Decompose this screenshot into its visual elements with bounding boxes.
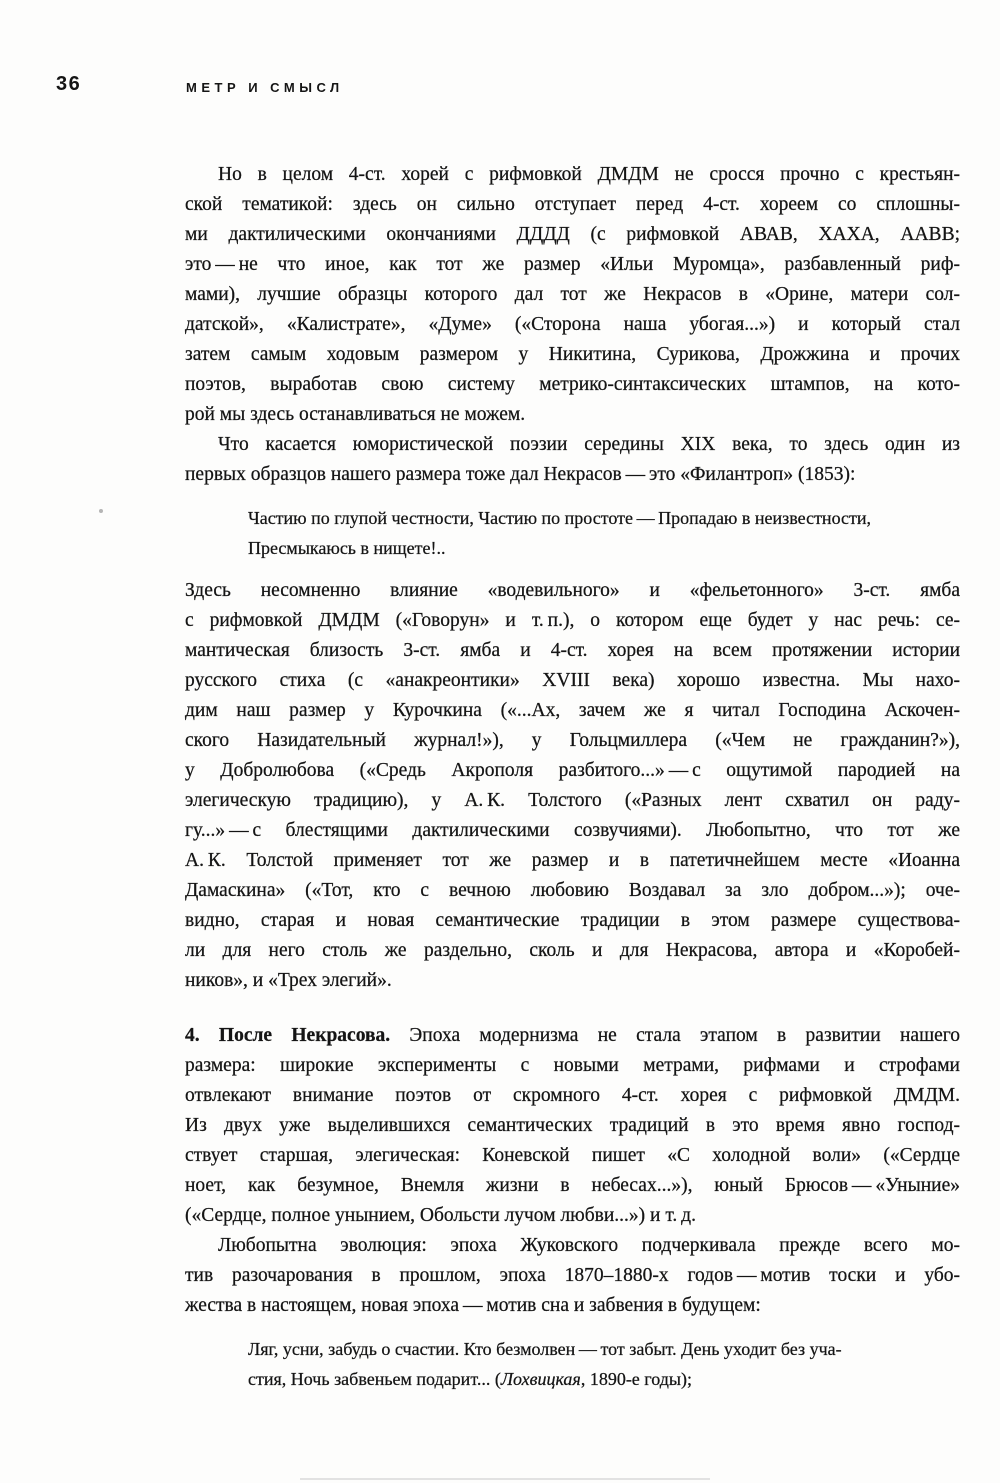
- text-line: ми дактилическими окончаниями ДДДД (с ри…: [185, 220, 960, 250]
- text-line: ской тематикой: здесь он сильно отступае…: [185, 190, 960, 220]
- text-line: Здесь несомненно влияние «водевильного» …: [185, 576, 960, 606]
- text-line: ствует старшая, элегическая: Коневской п…: [185, 1141, 960, 1171]
- quote-line: Ляг, усни, забудь о счастии. Кто безмолв…: [248, 1334, 960, 1364]
- scan-speck: [99, 509, 103, 513]
- section-first-line-rest: Эпоха модернизма не стала этапом в разви…: [390, 1025, 960, 1046]
- quote-line: стия, Ночь забвеньем подарит... (Лохвицк…: [248, 1364, 960, 1394]
- text-line: тив разочарования в прошлом, эпоха 1870–…: [185, 1261, 960, 1291]
- running-header: МЕТР И СМЫСЛ: [186, 80, 344, 95]
- quote-line-text: стия, Ночь забвеньем подарит... (: [248, 1369, 501, 1389]
- text-line: ского Назидательный журнал!»), у Гольцми…: [185, 726, 960, 756]
- section-4-after-nekrasov: 4. После Некрасова. Эпоха модернизма не …: [185, 1021, 960, 1231]
- text-line: у Добролюбова («Средь Акрополя разбитого…: [185, 756, 960, 786]
- text-line: русского стиха (с «анакреонтики» XVIII в…: [185, 666, 960, 696]
- quote-author-italic: Лохвицкая: [501, 1369, 581, 1389]
- text-line: Из двух уже выделившихся семантических т…: [185, 1111, 960, 1141]
- text-line: размера: широкие эксперименты с новыми м…: [185, 1051, 960, 1081]
- text-line: Пресмыкаюсь в нищете!..: [248, 533, 960, 563]
- text-line: поэтов, выработав свою систему метрико-с…: [185, 370, 960, 400]
- text-line: первых образцов нашего размера тоже дал …: [185, 460, 960, 490]
- text-line: Частию по глупой честности, Частию по пр…: [248, 503, 960, 533]
- text-line: дим наш размер у Курочкина («...Ах, заче…: [185, 696, 960, 726]
- text-line: ли для него столь же раздельно, сколь и …: [185, 936, 960, 966]
- text-line: 4. После Некрасова. Эпоха модернизма не …: [185, 1021, 960, 1051]
- text-line: ников», и «Трех элегий».: [185, 966, 960, 996]
- text-line: Дамаскина» («Тот, кто с вечною любовию В…: [185, 876, 960, 906]
- section-4-continuation: размера: широкие эксперименты с новыми м…: [185, 1051, 960, 1231]
- verse-quote-lokhvitskaya: Ляг, усни, забудь о счастии. Кто безмолв…: [185, 1334, 960, 1394]
- text-line: гу...» — с блестящими дактилическими соз…: [185, 816, 960, 846]
- text-line: («Сердце, полное унынием, Обольсти лучом…: [185, 1201, 960, 1231]
- text-line: датской», «Калистрате», «Думе» («Сторона…: [185, 310, 960, 340]
- text-line: это — не что иное, как тот же размер «Ил…: [185, 250, 960, 280]
- text-line: элегическую традицию), у А. К. Толстого …: [185, 786, 960, 816]
- text-line: видно, старая и новая семантические трад…: [185, 906, 960, 936]
- text-line: отвлекают внимание поэтов от скромного 4…: [185, 1081, 960, 1111]
- text-block: Но в целом 4-ст. хорей с рифмовкой ДМДМ …: [185, 160, 960, 1394]
- text-line: рой мы здесь останавливаться не можем.: [185, 400, 960, 430]
- quote-line-tail: , 1890-е годы);: [581, 1369, 692, 1389]
- text-line: Но в целом 4-ст. хорей с рифмовкой ДМДМ …: [185, 160, 960, 190]
- verse-quote-filantrop: Частию по глупой честности, Частию по пр…: [185, 503, 960, 563]
- scan-artifact-line: [300, 1478, 710, 1480]
- text-line: затем самым ходовым размером у Никитина,…: [185, 340, 960, 370]
- book-page-scan: 36 МЕТР И СМЫСЛ Но в целом 4-ст. хорей с…: [0, 0, 1000, 1483]
- text-line: Любопытна эволюция: эпоха Жуковского под…: [185, 1231, 960, 1261]
- page-number: 36: [56, 73, 81, 96]
- text-line: мами), лучшие образцы которого дал тот ж…: [185, 280, 960, 310]
- text-line: жества в настоящем, новая эпоха — мотив …: [185, 1291, 960, 1321]
- paragraph-humorous-poetry: Что касается юмористической поэзии серед…: [185, 430, 960, 490]
- paragraph-vaudeville-influence: Здесь несомненно влияние «водевильного» …: [185, 576, 960, 996]
- text-line: мантическая близость 3-ст. ямба и 4-ст. …: [185, 636, 960, 666]
- paragraph-trochee-dmdm: Но в целом 4-ст. хорей с рифмовкой ДМДМ …: [185, 160, 960, 430]
- text-line: с рифмовкой ДМДМ («Говорун» и т. п.), о …: [185, 606, 960, 636]
- paragraph-evolution: Любопытна эволюция: эпоха Жуковского под…: [185, 1231, 960, 1321]
- text-line: ноет, как безумное, Внемля жизни в небес…: [185, 1171, 960, 1201]
- text-line: А. К. Толстой применяет тот же размер и …: [185, 846, 960, 876]
- text-line: Что касается юмористической поэзии серед…: [185, 430, 960, 460]
- section-heading: 4. После Некрасова.: [185, 1025, 390, 1046]
